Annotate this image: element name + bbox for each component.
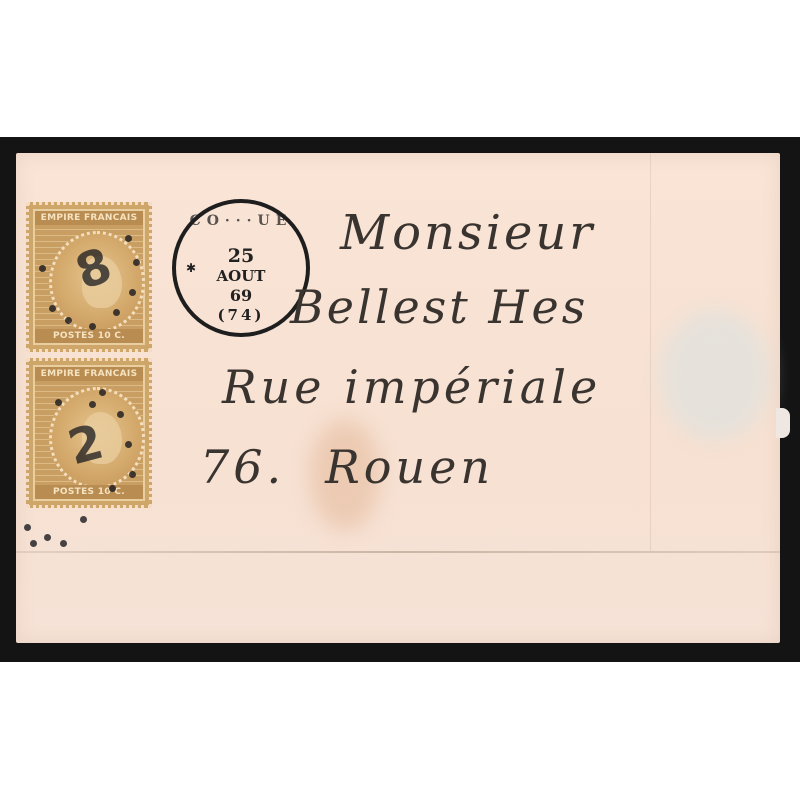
address-line-city: 76.Rouen [200, 440, 494, 494]
postmark-day: 25 [176, 245, 306, 267]
paper-tab [776, 408, 790, 438]
postmark-department: (74) [176, 306, 306, 324]
cancel-dot [109, 485, 116, 492]
cancel-dot [125, 235, 132, 242]
stamp-top-label: EMPIRE FRANCAIS [35, 211, 143, 225]
cancel-dot [24, 524, 31, 531]
cancel-dot [89, 323, 96, 330]
cancel-dot [129, 289, 136, 296]
faded-stain [660, 310, 770, 440]
stamp-bottom-label: POSTES 10 C. [35, 485, 143, 499]
address-line-name: Bellest Hes [290, 280, 588, 334]
cancel-dot [129, 471, 136, 478]
stamp-top-label: EMPIRE FRANCAIS [35, 367, 143, 381]
cancel-dot [60, 540, 67, 547]
stamp-top: EMPIRE FRANCAIS POSTES 10 C. 8 [26, 202, 152, 352]
cancel-dot [117, 411, 124, 418]
cancel-dot [89, 401, 96, 408]
cancel-dot [133, 259, 140, 266]
address-number: 76. [200, 440, 285, 494]
cancel-dot [99, 389, 106, 396]
cancel-dot [55, 399, 62, 406]
cancel-dot [80, 516, 87, 523]
postmark-year: 69 [176, 286, 306, 305]
cancel-dot [44, 534, 51, 541]
cancel-dot [49, 305, 56, 312]
cancel-dot [30, 540, 37, 547]
address-line-salutation: Monsieur [340, 205, 595, 261]
cancel-dot [65, 317, 72, 324]
address-city: Rouen [325, 440, 494, 494]
address-line-street: Rue impériale [222, 360, 601, 414]
cancel-dot [125, 441, 132, 448]
vertical-fold-line [650, 153, 651, 551]
horizontal-fold-line [16, 551, 780, 553]
postmark-town: CO···UE [176, 213, 306, 229]
cancel-dot [113, 309, 120, 316]
stamp-bottom-label: POSTES 10 C. [35, 329, 143, 343]
stamp-bottom: EMPIRE FRANCAIS POSTES 10 C. 2 [26, 358, 152, 508]
cancel-dot [39, 265, 46, 272]
postmark-month: AOUT [176, 267, 306, 285]
